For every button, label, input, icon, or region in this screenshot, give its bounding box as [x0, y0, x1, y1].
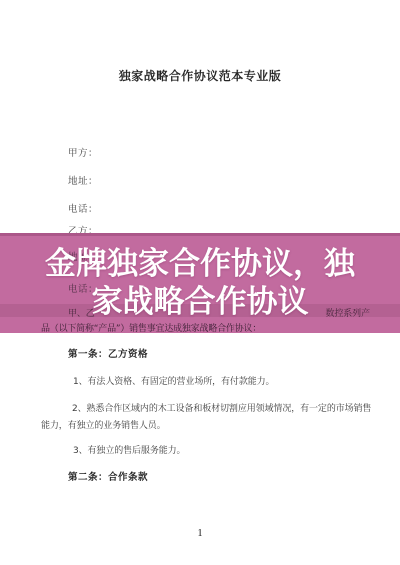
banner-top-edge [0, 233, 400, 236]
field-phone: 电话： [68, 201, 98, 215]
field-address: 地址： [68, 173, 98, 187]
section1-heading: 第一条：乙方资格 [68, 346, 148, 360]
field-party-a: 甲方： [68, 145, 98, 159]
banner-headline-line1: 金牌独家合作协议，独 [0, 245, 400, 283]
section1-item-1: 1、有法人资格、有固定的营业场所，有付款能力。 [73, 374, 274, 387]
banner-headline: 金牌独家合作协议，独 家战略合作协议 [0, 245, 400, 321]
document-page: 独家战略合作协议范本专业版 甲方： 地址： 电话： 乙方： 地址： 电话： 甲、… [0, 0, 400, 565]
page-number: 1 [0, 528, 400, 539]
section1-item-2: 2、熟悉合作区域内的木工设备和板材切割应用领域情况，有一定的市场销售能力，有独立… [41, 401, 377, 435]
document-title: 独家战略合作协议范本专业版 [0, 67, 400, 84]
section2-heading: 第二条：合作条款 [68, 469, 148, 483]
section1-item-3: 3、有独立的售后服务能力。 [73, 443, 185, 456]
intro-line-2: 品（以下简称“产品”）销售事宜达成独家战略合作协议： [41, 321, 380, 333]
promo-overlay-banner[interactable]: 地址： 电话： 甲、乙 数控系列产 品（以下简称“产品”）销售事宜达成独家战略合… [0, 233, 400, 333]
banner-headline-line2: 家战略合作协议 [0, 283, 400, 321]
